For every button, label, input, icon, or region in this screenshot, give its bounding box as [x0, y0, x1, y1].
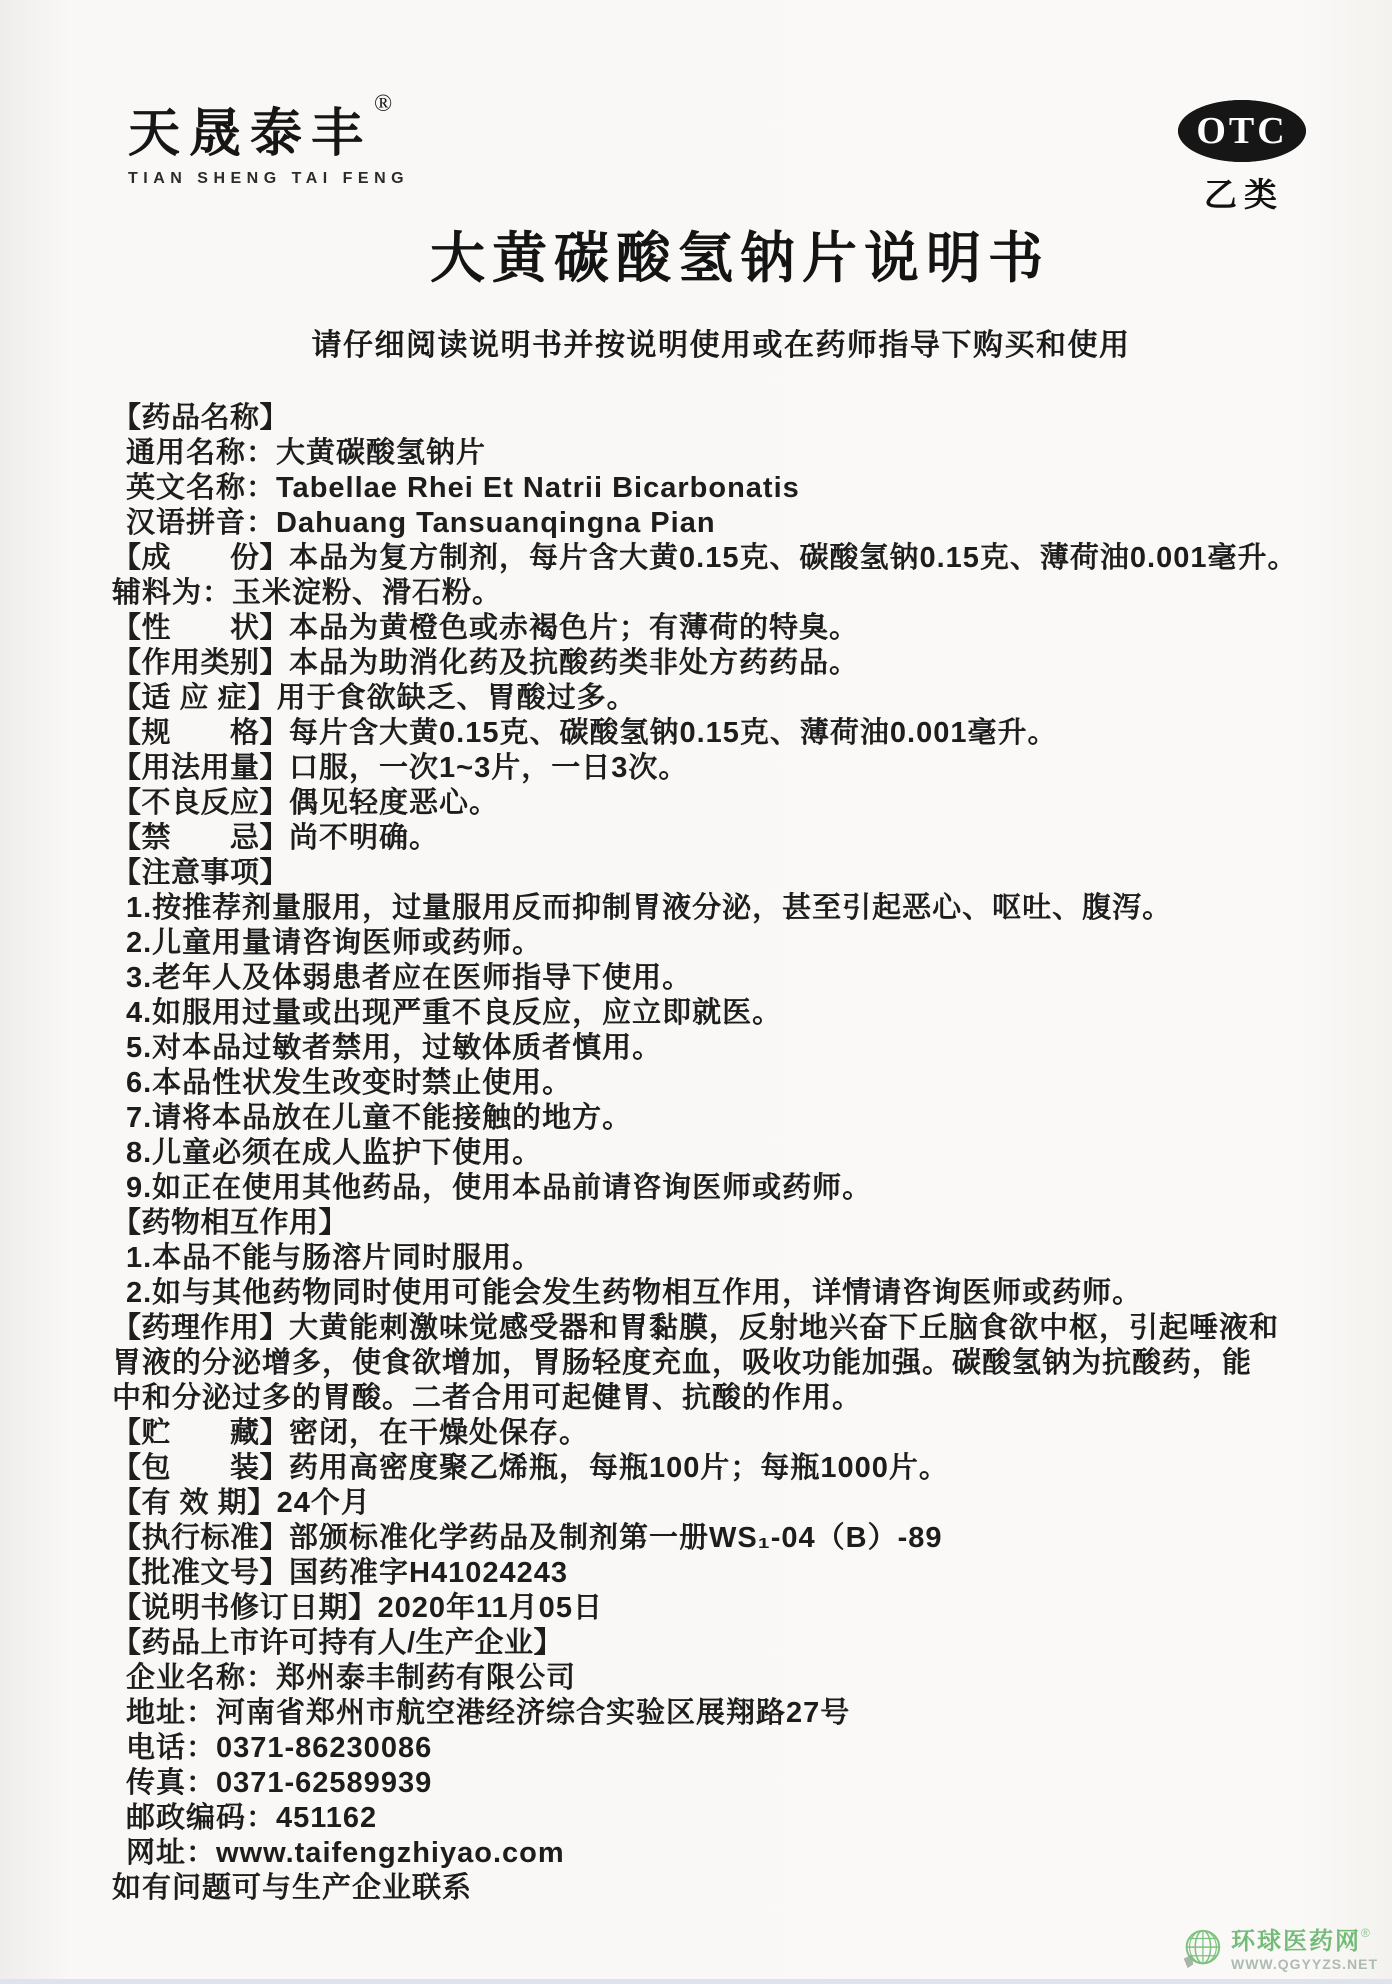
- bottom-edge-line: [0, 1979, 1392, 1984]
- doc-line-text: 用于食欲缺乏、胃酸过多。: [277, 682, 637, 714]
- doc-line-text: 网址：www.taifengzhiyao.com: [126, 1837, 565, 1869]
- doc-line-label: 【成 份】: [112, 542, 289, 574]
- doc-line-label: 【药理作用】: [112, 1312, 289, 1344]
- doc-line-text: 汉语拼音：Dahuang Tansuanqingna Pian: [126, 507, 716, 539]
- doc-line-text: 通用名称：大黄碳酸氢钠片: [126, 437, 486, 469]
- doc-line-text: 企业名称：郑州泰丰制药有限公司: [126, 1662, 576, 1694]
- doc-line-label: 【作用类别】: [112, 647, 289, 679]
- doc-line: 通用名称：大黄碳酸氢钠片: [112, 437, 1342, 472]
- doc-line: 5.对本品过敏者禁用，过敏体质者慎用。: [112, 1032, 1342, 1067]
- doc-line: 【不良反应】偶见轻度恶心。: [112, 787, 1342, 822]
- otc-badge: OTC 乙类: [1178, 100, 1310, 216]
- doc-line: 邮政编码：451162: [112, 1802, 1342, 1837]
- doc-line-label: 【不良反应】: [112, 787, 289, 819]
- doc-line-text: 2020年11月05日: [378, 1592, 603, 1624]
- brand-logo-text: 天晟泰丰®: [128, 92, 409, 161]
- doc-line: 8.儿童必须在成人监护下使用。: [112, 1137, 1342, 1172]
- brand-name: 天晟泰丰: [128, 106, 372, 163]
- doc-line: 7.请将本品放在儿童不能接触的地方。: [112, 1102, 1342, 1137]
- doc-line-text: 辅料为：玉米淀粉、滑石粉。: [112, 577, 502, 609]
- doc-line: 【禁 忌】尚不明确。: [112, 822, 1342, 857]
- otc-label: OTC: [1196, 112, 1287, 150]
- brand-logo-subtext: TIAN SHENG TAI FENG: [128, 170, 409, 188]
- doc-line: 2.如与其他药物同时使用可能会发生药物相互作用，详情请咨询医师或药师。: [112, 1277, 1342, 1312]
- doc-line-label: 【包 装】: [112, 1452, 289, 1484]
- doc-line-text: 1.按推荐剂量服用，过量服用反而抑制胃液分泌，甚至引起恶心、呕吐、腹泻。: [126, 892, 1172, 924]
- doc-line-text: 如有问题可与生产企业联系: [112, 1872, 472, 1904]
- doc-line-label: 【性 状】: [112, 612, 289, 644]
- doc-line-label: 【禁 忌】: [112, 822, 289, 854]
- doc-line-text: 偶见轻度恶心。: [289, 787, 499, 819]
- doc-line: 4.如服用过量或出现严重不良反应，应立即就医。: [112, 997, 1342, 1032]
- doc-line: 2.儿童用量请咨询医师或药师。: [112, 927, 1342, 962]
- page-title: 大黄碳酸氢钠片说明书: [90, 214, 1390, 293]
- doc-line: 英文名称：Tabellae Rhei Et Natrii Bicarbonati…: [112, 472, 1342, 507]
- doc-line: 【注意事项】: [112, 857, 1342, 892]
- doc-line-text: 4.如服用过量或出现严重不良反应，应立即就医。: [126, 997, 782, 1029]
- watermark: 环球医药网® WWW.QGYYZS.NET: [1178, 1926, 1378, 1972]
- doc-line-text: 尚不明确。: [289, 822, 439, 854]
- brand-logo: 天晟泰丰® TIAN SHENG TAI FENG: [128, 92, 409, 188]
- doc-line-text: 每片含大黄0.15克、碳酸氢钠0.15克、薄荷油0.001毫升。: [289, 717, 1057, 749]
- doc-line-label: 【适 应 症】: [112, 682, 277, 714]
- doc-line: 【成 份】本品为复方制剂，每片含大黄0.15克、碳酸氢钠0.15克、薄荷油0.0…: [112, 542, 1342, 577]
- doc-line: 【说明书修订日期】2020年11月05日: [112, 1592, 1342, 1627]
- watermark-reg-icon: ®: [1361, 1926, 1370, 1940]
- watermark-text: 环球医药网® WWW.QGYYZS.NET: [1231, 1927, 1378, 1971]
- doc-line: 电话：0371-86230086: [112, 1732, 1342, 1767]
- doc-line-text: 2.如与其他药物同时使用可能会发生药物相互作用，详情请咨询医师或药师。: [126, 1277, 1142, 1309]
- doc-line-text: 邮政编码：451162: [126, 1802, 377, 1834]
- doc-line-text: 本品为助消化药及抗酸药类非处方药药品。: [289, 647, 859, 679]
- doc-line: 【药物相互作用】: [112, 1207, 1342, 1242]
- doc-line-text: 英文名称：Tabellae Rhei Et Natrii Bicarbonati…: [126, 472, 800, 504]
- registered-mark-icon: ®: [374, 91, 392, 117]
- doc-line: 3.老年人及体弱患者应在医师指导下使用。: [112, 962, 1342, 997]
- doc-line: 传真：0371-62589939: [112, 1767, 1342, 1802]
- doc-line-text: 6.本品性状发生改变时禁止使用。: [126, 1067, 572, 1099]
- doc-line: 【用法用量】口服，一次1~3片，一日3次。: [112, 752, 1342, 787]
- doc-line-text: 电话：0371-86230086: [126, 1732, 432, 1764]
- doc-line-text: 中和分泌过多的胃酸。二者合用可起健胃、抗酸的作用。: [112, 1382, 862, 1414]
- doc-line-label: 【规 格】: [112, 717, 289, 749]
- doc-line-label: 【执行标准】: [112, 1522, 289, 1554]
- doc-line-text: 3.老年人及体弱患者应在医师指导下使用。: [126, 962, 692, 994]
- doc-line-label: 【说明书修订日期】: [112, 1592, 378, 1624]
- doc-line-text: 7.请将本品放在儿童不能接触的地方。: [126, 1102, 632, 1134]
- doc-line-text: 8.儿童必须在成人监护下使用。: [126, 1137, 542, 1169]
- doc-line-text: 5.对本品过敏者禁用，过敏体质者慎用。: [126, 1032, 662, 1064]
- doc-line: 【规 格】每片含大黄0.15克、碳酸氢钠0.15克、薄荷油0.001毫升。: [112, 717, 1342, 752]
- doc-line: 【药理作用】大黄能刺激味觉感受器和胃黏膜，反射地兴奋下丘脑食欲中枢，引起唾液和: [112, 1312, 1342, 1347]
- doc-line-text: 传真：0371-62589939: [126, 1767, 432, 1799]
- doc-line: 网址：www.taifengzhiyao.com: [112, 1837, 1342, 1872]
- doc-line: 地址：河南省郑州市航空港经济综合实验区展翔路27号: [112, 1697, 1342, 1732]
- watermark-url: WWW.QGYYZS.NET: [1231, 1957, 1378, 1971]
- watermark-name: 环球医药网: [1231, 1928, 1361, 1955]
- doc-line-text: 药用高密度聚乙烯瓶，每瓶100片；每瓶1000片。: [289, 1452, 949, 1484]
- doc-line-text: 9.如正在使用其他药品，使用本品前请咨询医师或药师。: [126, 1172, 872, 1204]
- otc-category: 乙类: [1178, 169, 1310, 216]
- doc-line: 如有问题可与生产企业联系: [112, 1872, 1342, 1907]
- doc-line: 汉语拼音：Dahuang Tansuanqingna Pian: [112, 507, 1342, 542]
- doc-line: 1.按推荐剂量服用，过量服用反而抑制胃液分泌，甚至引起恶心、呕吐、腹泻。: [112, 892, 1342, 927]
- doc-line-label: 【注意事项】: [112, 857, 289, 889]
- doc-line-text: 1.本品不能与肠溶片同时服用。: [126, 1242, 542, 1274]
- doc-line-label: 【用法用量】: [112, 752, 289, 784]
- doc-line: 【有 效 期】24个月: [112, 1487, 1342, 1522]
- doc-line: 【药品名称】: [112, 402, 1342, 437]
- doc-line: 9.如正在使用其他药品，使用本品前请咨询医师或药师。: [112, 1172, 1342, 1207]
- doc-line-text: 密闭，在干燥处保存。: [289, 1417, 589, 1449]
- globe-icon: [1178, 1926, 1224, 1972]
- page-subtitle: 请仔细阅读说明书并按说明使用或在药师指导下购买和使用: [46, 320, 1392, 364]
- leaflet-page: 天晟泰丰® TIAN SHENG TAI FENG OTC 乙类 大黄碳酸氢钠片…: [0, 0, 1392, 1984]
- doc-line-label: 【有 效 期】: [112, 1487, 277, 1519]
- doc-line: 【执行标准】部颁标准化学药品及制剂第一册WS₁-04（B）-89: [112, 1522, 1342, 1557]
- document-body: 【药品名称】通用名称：大黄碳酸氢钠片英文名称：Tabellae Rhei Et …: [112, 402, 1342, 1907]
- doc-line: 【药品上市许可持有人/生产企业】: [112, 1627, 1342, 1662]
- doc-line: 企业名称：郑州泰丰制药有限公司: [112, 1662, 1342, 1697]
- doc-line: 【包 装】药用高密度聚乙烯瓶，每瓶100片；每瓶1000片。: [112, 1452, 1342, 1487]
- doc-line-label: 【药品名称】: [112, 402, 289, 434]
- doc-line-text: 本品为复方制剂，每片含大黄0.15克、碳酸氢钠0.15克、薄荷油0.001毫升。: [289, 542, 1297, 574]
- doc-line: 【性 状】本品为黄橙色或赤褐色片；有薄荷的特臭。: [112, 612, 1342, 647]
- doc-line: 【批准文号】国药准字H41024243: [112, 1557, 1342, 1592]
- doc-line-text: 24个月: [277, 1487, 371, 1519]
- doc-line-text: 口服，一次1~3片，一日3次。: [289, 752, 688, 784]
- doc-line-label: 【药品上市许可持有人/生产企业】: [112, 1627, 563, 1659]
- doc-line-text: 大黄能刺激味觉感受器和胃黏膜，反射地兴奋下丘脑食欲中枢，引起唾液和: [289, 1312, 1279, 1344]
- doc-line-label: 【批准文号】: [112, 1557, 289, 1589]
- doc-line: 胃液的分泌增多，使食欲增加，胃肠轻度充血，吸收功能加强。碳酸氢钠为抗酸药，能: [112, 1347, 1342, 1382]
- doc-line-text: 胃液的分泌增多，使食欲增加，胃肠轻度充血，吸收功能加强。碳酸氢钠为抗酸药，能: [112, 1347, 1252, 1379]
- doc-line-text: 本品为黄橙色或赤褐色片；有薄荷的特臭。: [289, 612, 859, 644]
- doc-line-label: 【贮 藏】: [112, 1417, 289, 1449]
- doc-line-text: 地址：河南省郑州市航空港经济综合实验区展翔路27号: [126, 1697, 850, 1729]
- doc-line: 【贮 藏】密闭，在干燥处保存。: [112, 1417, 1342, 1452]
- doc-line: 【作用类别】本品为助消化药及抗酸药类非处方药药品。: [112, 647, 1342, 682]
- otc-ellipse: OTC: [1178, 100, 1306, 162]
- doc-line: 中和分泌过多的胃酸。二者合用可起健胃、抗酸的作用。: [112, 1382, 1342, 1417]
- doc-line: 【适 应 症】用于食欲缺乏、胃酸过多。: [112, 682, 1342, 717]
- doc-line-text: 2.儿童用量请咨询医师或药师。: [126, 927, 542, 959]
- doc-line: 6.本品性状发生改变时禁止使用。: [112, 1067, 1342, 1102]
- doc-line: 1.本品不能与肠溶片同时服用。: [112, 1242, 1342, 1277]
- doc-line: 辅料为：玉米淀粉、滑石粉。: [112, 577, 1342, 612]
- doc-line-text: 国药准字H41024243: [289, 1557, 568, 1589]
- doc-line-text: 部颁标准化学药品及制剂第一册WS₁-04（B）-89: [289, 1522, 942, 1554]
- doc-line-label: 【药物相互作用】: [112, 1207, 348, 1239]
